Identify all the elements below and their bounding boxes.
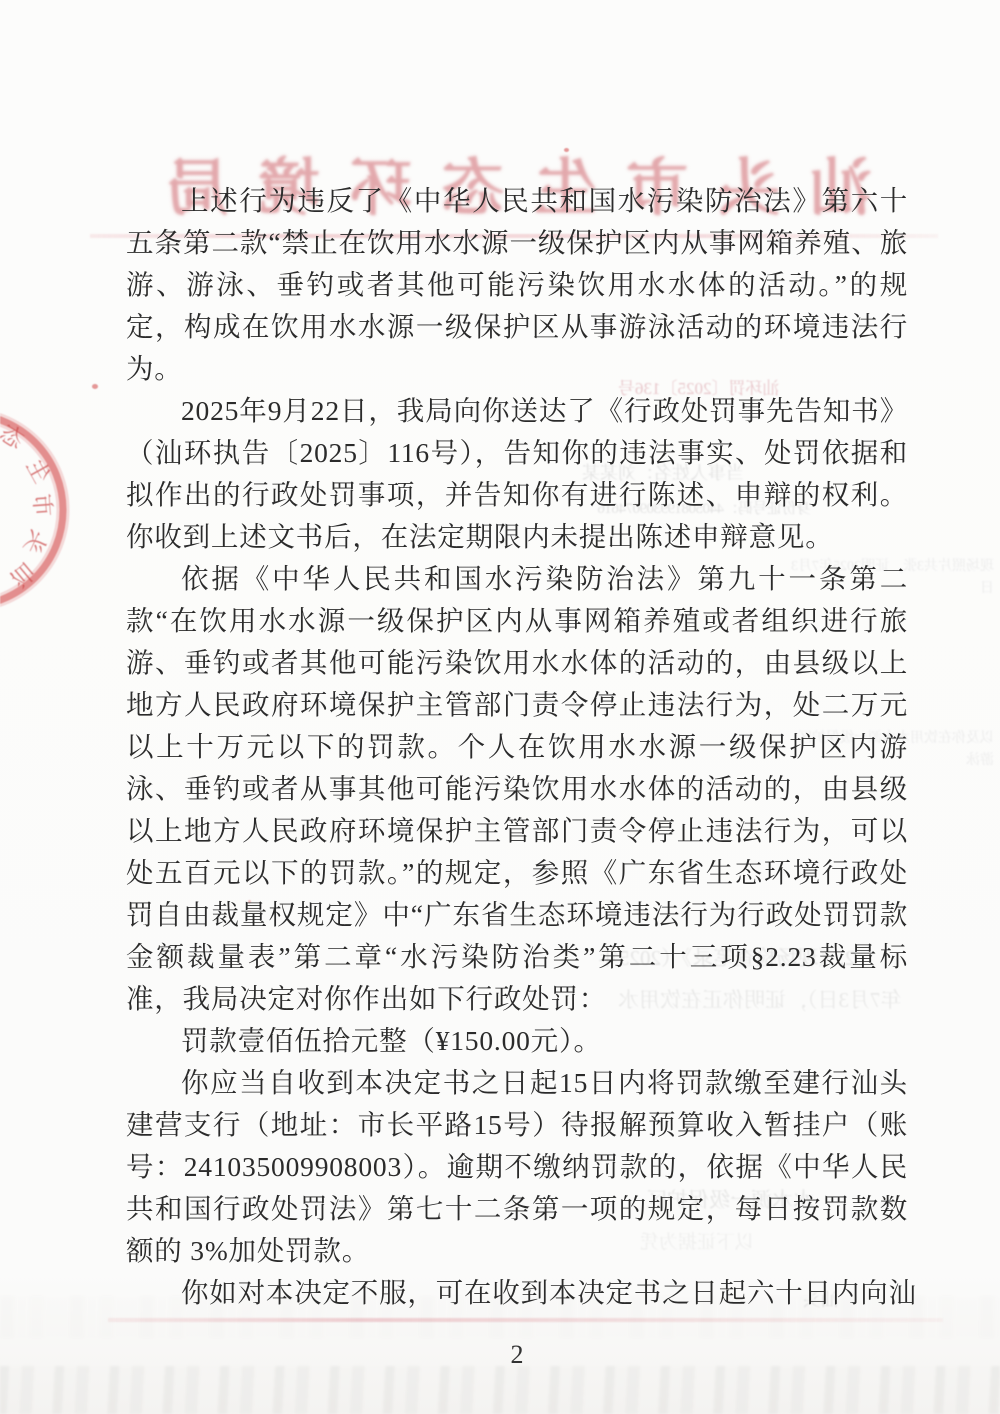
text-layer: 上述行为违反了《中华人民共和国水污染防治法》第六十五条第二款“禁止在饮用水水源一…	[0, 0, 1000, 1414]
body-paragraph: 依据《中华人民共和国水污染防治法》第九十一条第二款“在饮用水水源一级保护区内从事…	[126, 558, 908, 1020]
body-paragraph: 你如对本决定不服，可在收到本决定书之日起六十日内向汕	[126, 1272, 908, 1314]
document-body: 上述行为违反了《中华人民共和国水污染防治法》第六十五条第二款“禁止在饮用水水源一…	[126, 180, 908, 1314]
body-paragraph: 2025年9月22日，我局向你送达了《行政处罚事先告知书》（汕环执告〔2025〕…	[126, 390, 908, 558]
body-paragraph: 上述行为违反了《中华人民共和国水污染防治法》第六十五条第二款“禁止在饮用水水源一…	[126, 180, 908, 390]
scanned-document-page: 汕头市生态环境局 汕环罚〔2025〕136号 当事人姓名：刘某某 身份证号码：4…	[0, 0, 1000, 1414]
page-number: 2	[17, 1340, 1000, 1370]
body-paragraph: 你应当自收到本决定书之日起15日内将罚款缴至建行汕头建营支行（地址：市长平路15…	[126, 1062, 908, 1272]
body-paragraph: 罚款壹佰伍拾元整（¥150.00元）。	[126, 1020, 908, 1062]
